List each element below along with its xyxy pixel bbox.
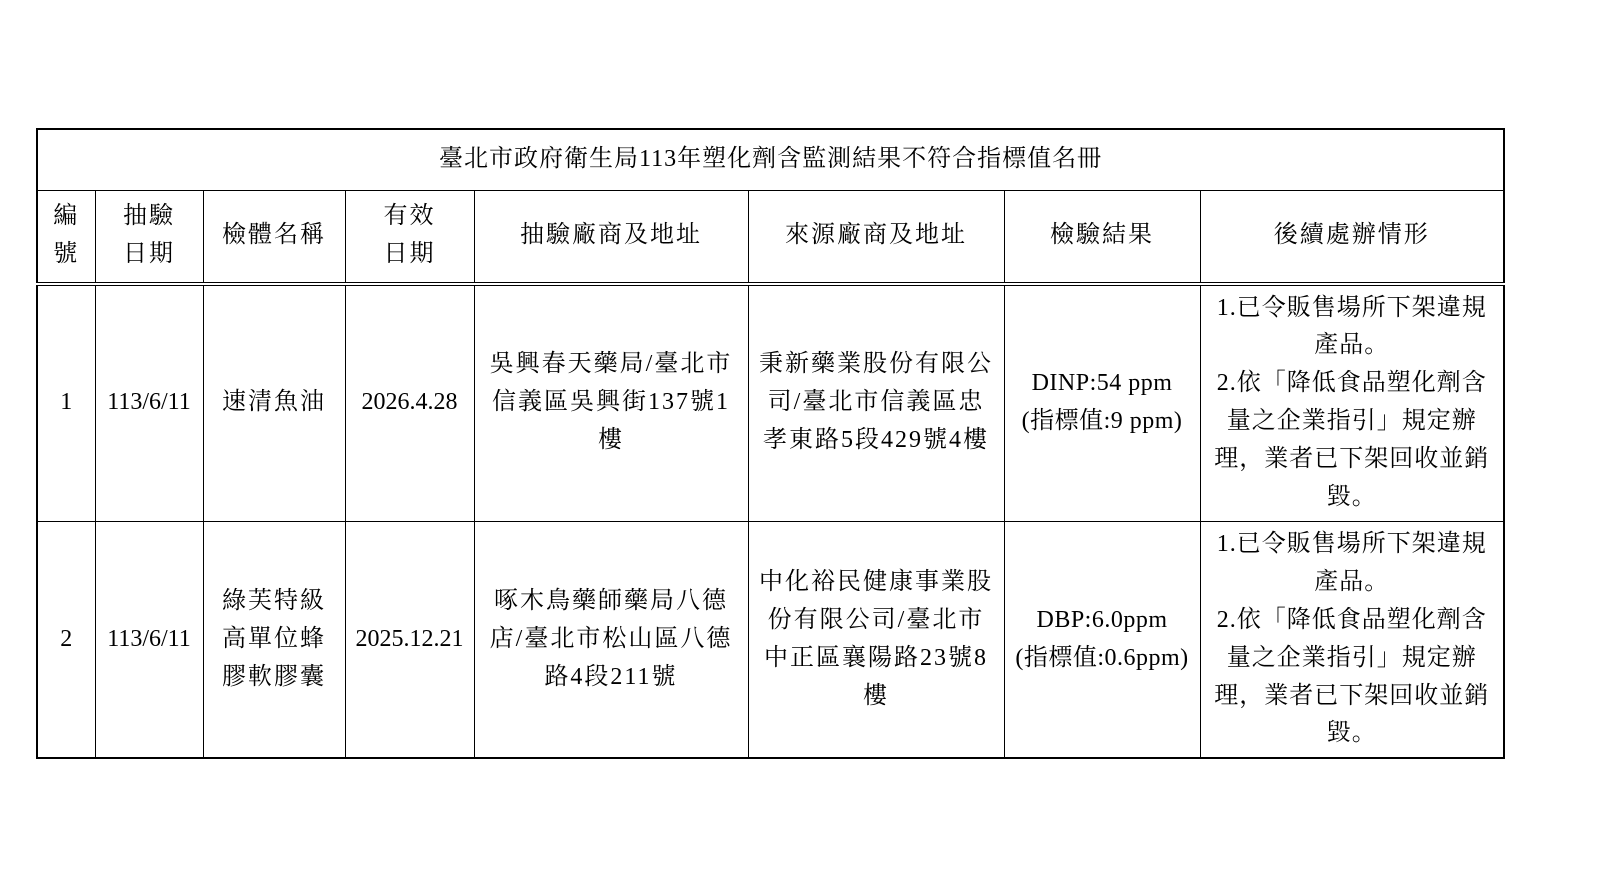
col-header-no: 編 號 [37,191,95,284]
row2-followup: 1.已令販售場所下架違規產品。 2.依「降低食品塑化劑含量之企業指引」規定辦理，… [1200,521,1504,758]
col-header-expiry-date: 有效 日期 [345,191,474,284]
col-header-test-result: 檢驗結果 [1004,191,1200,284]
table-title-row: 臺北市政府衛生局113年塑化劑含監測結果不符合指標值名冊 [37,129,1504,191]
row2-source-vendor-address: 中化裕民健康事業股份有限公司/臺北市中正區襄陽路23號8樓 [748,521,1004,758]
row1-test-result: DINP:54 ppm (指標值:9 ppm) [1004,284,1200,522]
row2-sampled-vendor-address: 啄木鳥藥師藥局八德店/臺北市松山區八德路4段211號 [474,521,748,758]
row2-test-result: DBP:6.0ppm (指標值:0.6ppm) [1004,521,1200,758]
col-header-sampled-vendor: 抽驗廠商及地址 [474,191,748,284]
col-header-sample-name: 檢體名稱 [203,191,345,284]
col-header-source-vendor: 來源廠商及地址 [748,191,1004,284]
table-row: 1 113/6/11 速清魚油 2026.4.28 吳興春天藥局/臺北市信義區吳… [37,284,1504,522]
row1-expiry-date: 2026.4.28 [345,284,474,522]
table-title: 臺北市政府衛生局113年塑化劑含監測結果不符合指標值名冊 [37,129,1504,191]
row1-sample-name: 速清魚油 [203,284,345,522]
row1-sampled-vendor-address: 吳興春天藥局/臺北市信義區吳興街137號1樓 [474,284,748,522]
col-header-followup: 後續處辦情形 [1200,191,1504,284]
row2-no: 2 [37,521,95,758]
row2-sample-name: 綠芙特級高單位蜂膠軟膠囊 [203,521,345,758]
row1-source-vendor-address: 秉新藥業股份有限公司/臺北市信義區忠孝東路5段429號4樓 [748,284,1004,522]
col-header-sample-date: 抽驗 日期 [95,191,203,284]
row2-expiry-date: 2025.12.21 [345,521,474,758]
row1-followup: 1.已令販售場所下架違規產品。 2.依「降低食品塑化劑含量之企業指引」規定辦理，… [1200,284,1504,522]
table-header-row: 編 號 抽驗 日期 檢體名稱 有效 日期 抽驗廠商及地址 來源廠商及地址 檢驗結… [37,191,1504,284]
table-row: 2 113/6/11 綠芙特級高單位蜂膠軟膠囊 2025.12.21 啄木鳥藥師… [37,521,1504,758]
row2-sample-date: 113/6/11 [95,521,203,758]
row1-sample-date: 113/6/11 [95,284,203,522]
row1-no: 1 [37,284,95,522]
monitoring-results-table: 臺北市政府衛生局113年塑化劑含監測結果不符合指標值名冊 編 號 抽驗 日期 檢… [36,128,1505,759]
